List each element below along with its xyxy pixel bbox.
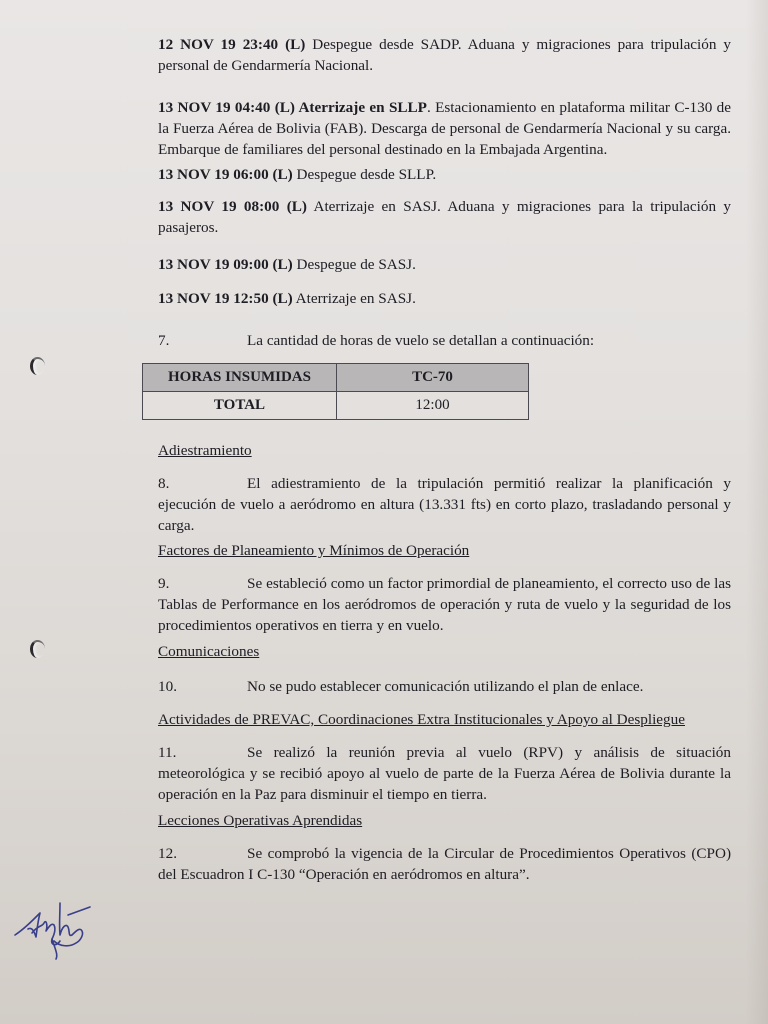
event-text: Aterrizaje en SASJ. bbox=[293, 290, 416, 307]
paragraph-7: 7.La cantidad de horas de vuelo se detal… bbox=[158, 330, 731, 351]
table-header-cell: HORAS INSUMIDAS bbox=[143, 364, 337, 392]
section-heading: Comunicaciones bbox=[158, 641, 259, 662]
paragraph-10: 10.No se pudo establecer comunicación ut… bbox=[158, 676, 731, 697]
paragraph-number: 9. bbox=[158, 573, 247, 594]
event-entry: 13 NOV 19 09:00 (L) Despegue de SASJ. bbox=[158, 254, 731, 275]
table-cell: 12:00 bbox=[337, 392, 529, 420]
table-header-cell: TC-70 bbox=[337, 364, 529, 392]
paragraph-11: 11.Se realizó la reunión previa al vuelo… bbox=[158, 742, 731, 805]
event-timestamp: 13 NOV 19 09:00 (L) bbox=[158, 256, 293, 273]
paragraph-text: No se pudo establecer comunicación utili… bbox=[247, 678, 643, 695]
section-heading: Lecciones Operativas Aprendidas bbox=[158, 810, 362, 831]
section-heading: Factores de Planeamiento y Mínimos de Op… bbox=[158, 540, 469, 561]
binder-hole bbox=[30, 640, 45, 658]
paragraph-8: 8.El adiestramiento de la tripulación pe… bbox=[158, 473, 731, 536]
event-timestamp: 12 NOV 19 23:40 (L) bbox=[158, 36, 305, 53]
event-entry: 13 NOV 19 08:00 (L) Aterrizaje en SASJ. … bbox=[158, 196, 731, 238]
paragraph-number: 10. bbox=[158, 676, 247, 697]
paragraph-9: 9.Se estableció como un factor primordia… bbox=[158, 573, 731, 636]
paragraph-number: 11. bbox=[158, 742, 247, 763]
table-row: TOTAL 12:00 bbox=[143, 392, 529, 420]
paragraph-number: 12. bbox=[158, 843, 247, 864]
paragraph-number: 7. bbox=[158, 330, 247, 351]
event-timestamp: 13 NOV 19 06:00 (L) bbox=[158, 166, 293, 183]
event-timestamp: 13 NOV 19 12:50 (L) bbox=[158, 290, 293, 307]
flight-hours-table: HORAS INSUMIDAS TC-70 TOTAL 12:00 bbox=[142, 363, 529, 420]
event-timestamp: 13 NOV 19 08:00 (L) bbox=[158, 198, 307, 215]
section-heading: Adiestramiento bbox=[158, 440, 252, 461]
table-header-row: HORAS INSUMIDAS TC-70 bbox=[143, 364, 529, 392]
event-entry: 13 NOV 19 06:00 (L) Despegue desde SLLP. bbox=[158, 164, 731, 185]
event-entry: 12 NOV 19 23:40 (L) Despegue desde SADP.… bbox=[158, 34, 731, 76]
event-text: Despegue de SASJ. bbox=[293, 256, 416, 273]
event-entry: 13 NOV 19 04:40 (L) Aterrizaje en SLLP. … bbox=[158, 97, 731, 160]
page-edge-shadow bbox=[746, 0, 768, 1024]
handwritten-signature bbox=[10, 895, 110, 965]
paragraph-number: 8. bbox=[158, 473, 247, 494]
paragraph-text: La cantidad de horas de vuelo se detalla… bbox=[247, 332, 594, 349]
section-heading: Actividades de PREVAC, Coordinaciones Ex… bbox=[158, 709, 685, 730]
paragraph-12: 12.Se comprobó la vigencia de la Circula… bbox=[158, 843, 731, 885]
event-entry: 13 NOV 19 12:50 (L) Aterrizaje en SASJ. bbox=[158, 288, 731, 309]
event-text: Despegue desde SLLP. bbox=[293, 166, 436, 183]
binder-hole bbox=[30, 357, 45, 375]
table-cell: TOTAL bbox=[143, 392, 337, 420]
event-timestamp: 13 NOV 19 04:40 (L) bbox=[158, 99, 295, 116]
event-highlight: Aterrizaje en SLLP bbox=[295, 99, 427, 116]
